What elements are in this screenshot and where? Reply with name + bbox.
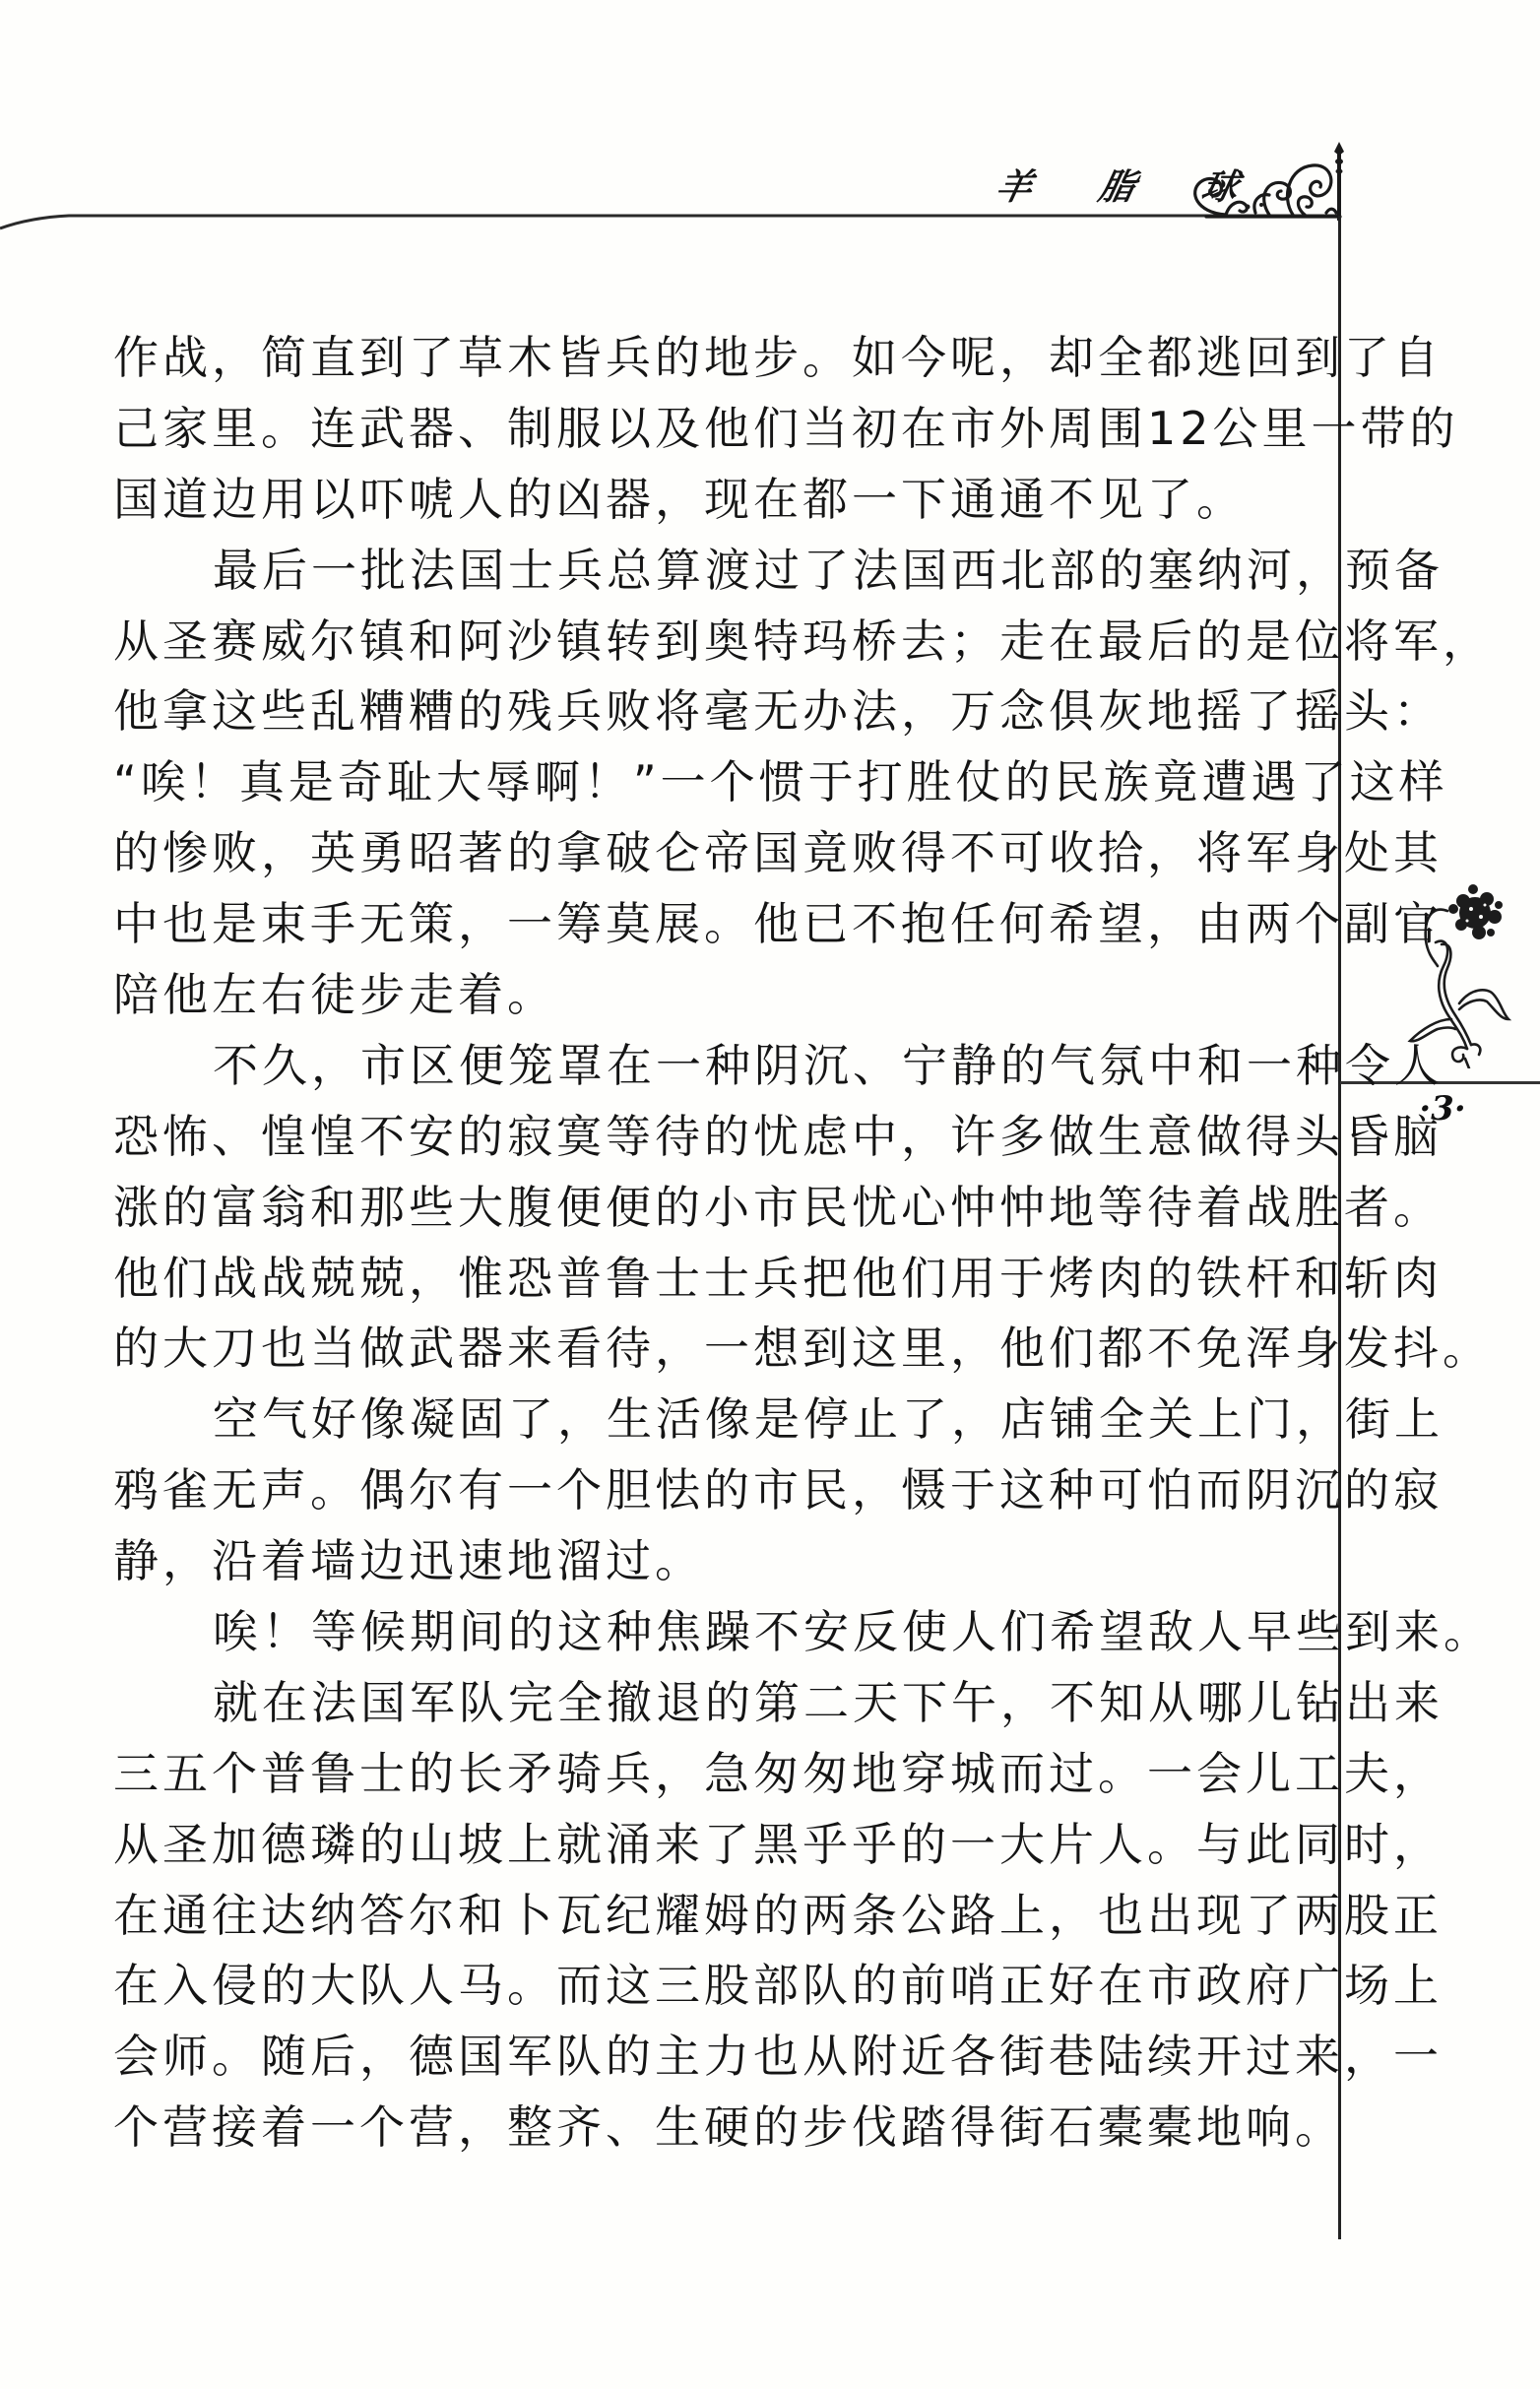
- text-line: 从圣赛威尔镇和阿沙镇转到奥特玛桥去；走在最后的是位将军，: [113, 607, 1295, 678]
- text-line: 在入侵的大队人马。而这三股部队的前哨正好在市政府广场上: [113, 1951, 1295, 2022]
- paragraph-start-line: 最后一批法国士兵总算渡过了法国西北部的塞纳河，预备: [113, 536, 1295, 607]
- text-line: 他们战战兢兢，惟恐普鲁士士兵把他们用于烤肉的铁杆和斩肉: [113, 1244, 1295, 1315]
- text-line: 己家里。连武器、制服以及他们当初在市外周围12公里一带的: [113, 394, 1295, 465]
- paragraph-start-line: 唉！等候期间的这种焦躁不安反使人们希望敌人早些到来。: [113, 1597, 1295, 1668]
- body-text: 作战，简直到了草木皆兵的地步。如今呢，却全都逃回到了自 己家里。连武器、制服以及…: [113, 323, 1295, 2163]
- book-page: 羊 脂 球: [0, 0, 1540, 2389]
- text-line: 三五个普鲁士的长矛骑兵，急匆匆地穿城而过。一会儿工夫，: [113, 1739, 1295, 1810]
- text-line: 国道边用以吓唬人的凶器，现在都一下通通不见了。: [113, 465, 1295, 536]
- text-line: 的大刀也当做武器来看待，一想到这里，他们都不免浑身发抖。: [113, 1314, 1295, 1385]
- text-line: 中也是束手无策，一筹莫展。他已不抱任何希望，由两个副官: [113, 889, 1295, 960]
- paragraph-start-line: 不久，市区便笼罩在一种阴沉、宁静的气氛中和一种令人: [113, 1031, 1295, 1102]
- text-line: 恐怖、惶惶不安的寂寞等待的忧虑中，许多做生意做得头昏脑: [113, 1102, 1295, 1173]
- text-line: 陪他左右徒步走着。: [113, 960, 1295, 1031]
- paragraph-start-line: 空气好像凝固了，生活像是停止了，店铺全关上门，街上: [113, 1385, 1295, 1455]
- text-line: 涨的富翁和那些大腹便便的小市民忧心忡忡地等待着战胜者。: [113, 1173, 1295, 1244]
- text-line: 个营接着一个营，整齐、生硬的步伐踏得街石橐橐地响。: [113, 2093, 1295, 2163]
- paragraph-start-line: 就在法国军队完全撤退的第二天下午，不知从哪儿钻出来: [113, 1668, 1295, 1739]
- text-line: 他拿这些乱糟糟的残兵败将毫无办法，万念俱灰地摇了摇头：: [113, 677, 1295, 747]
- text-line: 鸦雀无声。偶尔有一个胆怯的市民，慑于这种可怕而阴沉的寂: [113, 1455, 1295, 1526]
- text-line: 静，沿着墙边迅速地溜过。: [113, 1526, 1295, 1597]
- text-line: 在通往达纳答尔和卜瓦纪耀姆的两条公路上，也出现了两股正: [113, 1881, 1295, 1952]
- text-line: 作战，简直到了草木皆兵的地步。如今呢，却全都逃回到了自: [113, 323, 1295, 394]
- text-line: 会师。随后，德国军队的主力也从附近各街巷陆续开过来，一: [113, 2022, 1295, 2093]
- scroll-ornament-icon: [1187, 138, 1346, 222]
- text-line: 从圣加德璘的山坡上就涌来了黑乎乎的一大片人。与此同时，: [113, 1810, 1295, 1881]
- text-line: “唉！真是奇耻大辱啊！”一个惯于打胜仗的民族竟遭遇了这样: [113, 747, 1295, 818]
- text-line: 的惨败，英勇昭著的拿破仑帝国竟败得不可收拾，将军身处其: [113, 818, 1295, 889]
